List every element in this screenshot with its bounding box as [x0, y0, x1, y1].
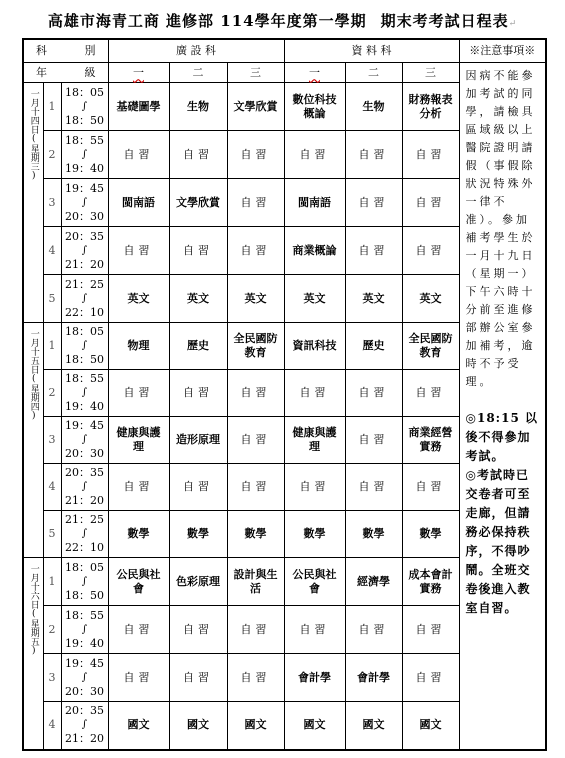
self-study-cell: 自習 — [108, 370, 169, 417]
self-study-cell: 自習 — [284, 370, 345, 417]
period-time: 19：45∫20：30 — [61, 179, 108, 227]
grade-header-data-2: 二 — [345, 63, 402, 83]
self-study-cell: 自習 — [284, 131, 345, 179]
time-range-icon: ∫ — [62, 244, 108, 258]
period-number: 3 — [43, 417, 61, 464]
end-time: 20：30 — [62, 685, 108, 699]
subject-cell: 經濟學 — [345, 558, 402, 606]
self-study-cell: 自習 — [108, 227, 169, 275]
self-study-cell: 自習 — [227, 179, 284, 227]
subject-cell: 數位科技概論 — [284, 83, 345, 131]
subject-cell: 英文 — [284, 275, 345, 323]
period-number: 1 — [43, 558, 61, 606]
subject-cell: 公民與社會 — [108, 558, 169, 606]
end-time: 18：50 — [62, 114, 108, 128]
date-cell: 一月十六日(星期五) — [23, 558, 43, 750]
subject-cell: 商業經營實務 — [402, 417, 459, 464]
subject-cell: 英文 — [108, 275, 169, 323]
grade-label-cell: 年級 — [23, 63, 108, 83]
notes-paragraph-1: 因病不能參加考試的同學，請檢具區域級以上醫院證明請假（事假除狀況特殊外一律不准）… — [466, 67, 541, 391]
period-time: 18：05∫18：50 — [61, 83, 108, 131]
start-time: 18：05 — [62, 86, 108, 100]
start-time: 18：05 — [62, 561, 108, 575]
subject-cell: 英文 — [402, 275, 459, 323]
self-study-cell: 自習 — [169, 654, 227, 702]
time-range-icon: ∫ — [62, 196, 108, 210]
subject-cell: 全民國防教育 — [227, 323, 284, 370]
time-range-icon: ∫ — [62, 433, 108, 447]
subject-cell: 數學 — [108, 511, 169, 558]
grade-header-data-3: 三 — [402, 63, 459, 83]
self-study-cell: 自習 — [402, 131, 459, 179]
date-cell: 一月十四日(星期三) — [23, 83, 43, 323]
self-study-cell: 自習 — [284, 606, 345, 654]
start-time: 20：35 — [62, 466, 108, 480]
period-time: 18：55∫19：40 — [61, 131, 108, 179]
self-study-cell: 自習 — [227, 464, 284, 511]
notes-cell: 因病不能參加考試的同學，請檢具區域級以上醫院證明請假（事假除狀況特殊外一律不准）… — [459, 63, 546, 750]
period-number: 2 — [43, 606, 61, 654]
end-time: 19：40 — [62, 637, 108, 651]
grade-header-design-3: 三 — [227, 63, 284, 83]
end-time: 21：20 — [62, 258, 108, 272]
period-number: 1 — [43, 83, 61, 131]
end-time: 21：20 — [62, 732, 108, 746]
subject-cell: 數學 — [227, 511, 284, 558]
subject-cell: 成本會計實務 — [402, 558, 459, 606]
end-time: 19：40 — [62, 162, 108, 176]
subject-cell: 英文 — [227, 275, 284, 323]
period-number: 3 — [43, 654, 61, 702]
start-time: 19：45 — [62, 419, 108, 433]
self-study-cell: 自習 — [402, 654, 459, 702]
period-time: 20：35∫21：20 — [61, 464, 108, 511]
period-number: 2 — [43, 131, 61, 179]
start-time: 18：55 — [62, 372, 108, 386]
time-range-icon: ∫ — [62, 148, 108, 162]
time-range-icon: ∫ — [62, 671, 108, 685]
notes-paragraph-3: ◎考試時已交卷者可至走廊，但請務必保持秩序，不得吵鬧。全班交卷後進入教室自習。 — [466, 466, 541, 618]
self-study-cell: 自習 — [227, 131, 284, 179]
grade-label: 一 — [133, 66, 144, 79]
subject-cell: 財務報表分析 — [402, 83, 459, 131]
period-time: 19：45∫20：30 — [61, 654, 108, 702]
self-study-cell: 自習 — [345, 370, 402, 417]
subject-cell: 健康與護理 — [108, 417, 169, 464]
period-number: 5 — [43, 275, 61, 323]
self-study-cell: 自習 — [227, 227, 284, 275]
subject-cell: 國文 — [108, 702, 169, 750]
time-range-icon: ∫ — [62, 575, 108, 589]
self-study-cell: 自習 — [402, 606, 459, 654]
time-range-icon: ∫ — [62, 718, 108, 732]
self-study-cell: 自習 — [345, 227, 402, 275]
self-study-cell: 自習 — [402, 370, 459, 417]
period-time: 18：55∫19：40 — [61, 370, 108, 417]
end-time: 22：10 — [62, 541, 108, 555]
subject-cell: 造形原理 — [169, 417, 227, 464]
period-time: 19：45∫20：30 — [61, 417, 108, 464]
subject-cell: 生物 — [345, 83, 402, 131]
start-time: 20：35 — [62, 230, 108, 244]
exam-date: 一月十四日(星期三) — [28, 83, 39, 181]
subject-cell: 生物 — [169, 83, 227, 131]
self-study-cell: 自習 — [169, 464, 227, 511]
subject-cell: 數學 — [402, 511, 459, 558]
subject-cell: 色彩原理 — [169, 558, 227, 606]
period-number: 1 — [43, 323, 61, 370]
subject-cell: 數學 — [345, 511, 402, 558]
period-number: 4 — [43, 702, 61, 750]
self-study-cell: 自習 — [402, 227, 459, 275]
self-study-cell: 自習 — [108, 654, 169, 702]
self-study-cell: 自習 — [227, 606, 284, 654]
time-range-icon: ∫ — [62, 386, 108, 400]
subject-cell: 商業概論 — [284, 227, 345, 275]
self-study-cell: 自習 — [227, 417, 284, 464]
period-number: 4 — [43, 464, 61, 511]
time-range-icon: ∫ — [62, 339, 108, 353]
subject-cell: 英文 — [169, 275, 227, 323]
time-range-icon: ∫ — [62, 100, 108, 114]
exam-date: 一月十五日(星期四) — [28, 323, 39, 421]
self-study-cell: 自習 — [345, 417, 402, 464]
subject-cell: 閩南語 — [108, 179, 169, 227]
period-time: 18：05∫18：50 — [61, 558, 108, 606]
subject-cell: 數學 — [169, 511, 227, 558]
time-range-icon: ∫ — [62, 480, 108, 494]
period-number: 4 — [43, 227, 61, 275]
self-study-cell: 自習 — [402, 179, 459, 227]
subject-cell: 閩南語 — [284, 179, 345, 227]
self-study-cell: 自習 — [108, 464, 169, 511]
header-row-grade: 年級 一 二 三 一 二 三 因病不能參加考試的同學，請檢具區域級以上醫院證明請… — [23, 63, 546, 83]
self-study-cell: 自習 — [169, 131, 227, 179]
notes-header: ※注意事項※ — [459, 39, 546, 63]
subject-cell: 國文 — [345, 702, 402, 750]
subject-cell: 全民國防教育 — [402, 323, 459, 370]
period-number: 3 — [43, 179, 61, 227]
period-time: 21：25∫22：10 — [61, 511, 108, 558]
self-study-cell: 自習 — [227, 654, 284, 702]
self-study-cell: 自習 — [284, 464, 345, 511]
self-study-cell: 自習 — [345, 606, 402, 654]
period-time: 18：55∫19：40 — [61, 606, 108, 654]
start-time: 18：05 — [62, 325, 108, 339]
self-study-cell: 自習 — [345, 131, 402, 179]
subject-label-left: 科 — [36, 44, 47, 58]
period-number: 5 — [43, 511, 61, 558]
period-time: 18：05∫18：50 — [61, 323, 108, 370]
end-time: 19：40 — [62, 400, 108, 414]
end-time: 22：10 — [62, 306, 108, 320]
subject-cell: 英文 — [345, 275, 402, 323]
paragraph-mark-icon: ↵ — [509, 19, 518, 29]
subject-cell: 數學 — [284, 511, 345, 558]
start-time: 18：55 — [62, 134, 108, 148]
title-part-2: 期末考考試日程表 — [381, 12, 509, 30]
subject-cell: 歷史 — [169, 323, 227, 370]
subject-label-right: 別 — [85, 44, 96, 58]
start-time: 21：25 — [62, 513, 108, 527]
self-study-cell: 自習 — [169, 370, 227, 417]
period-time: 21：25∫22：10 — [61, 275, 108, 323]
subject-cell: 國文 — [169, 702, 227, 750]
exam-schedule-table: 科別 廣 設 科 資 料 科 ※注意事項※ 年級 一 二 三 一 二 三 因病不… — [22, 38, 547, 751]
subject-cell: 物理 — [108, 323, 169, 370]
grade-label-left: 年 — [36, 66, 47, 80]
start-time: 19：45 — [62, 657, 108, 671]
header-row-department: 科別 廣 設 科 資 料 科 ※注意事項※ — [23, 39, 546, 63]
subject-label-cell: 科別 — [23, 39, 108, 63]
exam-date: 一月十六日(星期五) — [28, 558, 39, 656]
self-study-cell: 自習 — [402, 464, 459, 511]
subject-cell: 資訊科技 — [284, 323, 345, 370]
subject-cell: 會計學 — [284, 654, 345, 702]
title-part-1: 高雄市海青工商 進修部 114學年度第一學期 — [48, 12, 367, 30]
period-time: 20：35∫21：20 — [61, 702, 108, 750]
self-study-cell: 自習 — [227, 370, 284, 417]
grade-header-design-1: 一 — [108, 63, 169, 83]
start-time: 18：55 — [62, 609, 108, 623]
self-study-cell: 自習 — [108, 606, 169, 654]
subject-cell: 歷史 — [345, 323, 402, 370]
subject-cell: 國文 — [402, 702, 459, 750]
self-study-cell: 自習 — [345, 464, 402, 511]
start-time: 20：35 — [62, 704, 108, 718]
subject-cell: 公民與社會 — [284, 558, 345, 606]
start-time: 21：25 — [62, 278, 108, 292]
time-range-icon: ∫ — [62, 292, 108, 306]
dept-header-data-processing: 資 料 科 — [284, 39, 459, 63]
period-time: 20：35∫21：20 — [61, 227, 108, 275]
self-study-cell: 自習 — [169, 227, 227, 275]
subject-cell: 國文 — [284, 702, 345, 750]
grade-header-design-2: 二 — [169, 63, 227, 83]
subject-cell: 文學欣賞 — [169, 179, 227, 227]
subject-cell: 基礎圖學 — [108, 83, 169, 131]
self-study-cell: 自習 — [108, 131, 169, 179]
subject-cell: 文學欣賞 — [227, 83, 284, 131]
end-time: 18：50 — [62, 589, 108, 603]
subject-cell: 健康與護理 — [284, 417, 345, 464]
document-title: 高雄市海青工商 進修部 114學年度第一學期期末考考試日程表↵ — [0, 10, 565, 31]
subject-cell: 設計與生活 — [227, 558, 284, 606]
date-cell: 一月十五日(星期四) — [23, 323, 43, 558]
subject-cell: 會計學 — [345, 654, 402, 702]
grade-label: 一 — [309, 66, 320, 79]
grade-header-data-1: 一 — [284, 63, 345, 83]
notes-paragraph-2: ◎18:15 以後不得參加考試。 — [466, 409, 541, 466]
self-study-cell: 自習 — [345, 179, 402, 227]
end-time: 21：20 — [62, 494, 108, 508]
self-study-cell: 自習 — [169, 606, 227, 654]
subject-cell: 國文 — [227, 702, 284, 750]
end-time: 18：50 — [62, 353, 108, 367]
grade-label-right: 級 — [85, 66, 96, 80]
time-range-icon: ∫ — [62, 623, 108, 637]
period-number: 2 — [43, 370, 61, 417]
start-time: 19：45 — [62, 182, 108, 196]
end-time: 20：30 — [62, 210, 108, 224]
dept-header-design: 廣 設 科 — [108, 39, 284, 63]
end-time: 20：30 — [62, 447, 108, 461]
time-range-icon: ∫ — [62, 527, 108, 541]
